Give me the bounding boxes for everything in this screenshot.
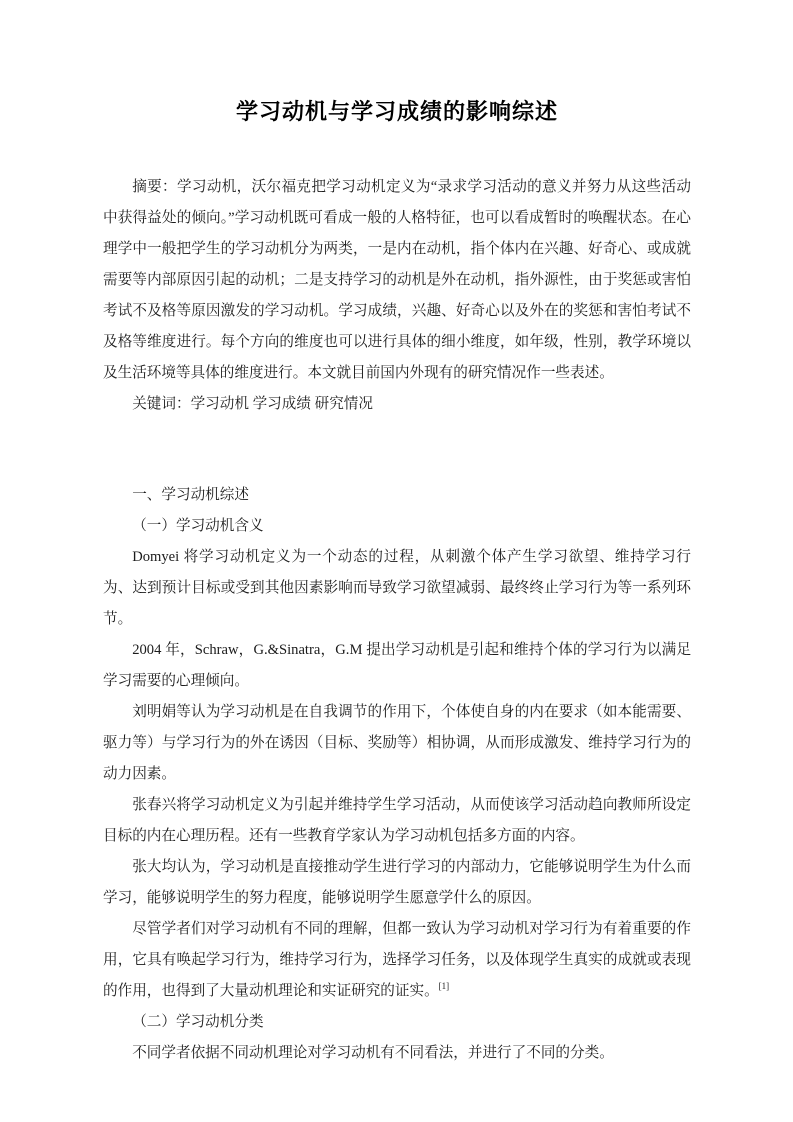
body-paragraph-schraw-sinatra: 2004 年，Schraw，G.&Sinatra，G.M 提出学习动机是引起和维…: [103, 635, 691, 697]
body-paragraph-liu-mingjuan: 刘明娟等认为学习动机是在自我调节的作用下，个体使自身的内在要求（如本能需要、驱力…: [103, 697, 691, 790]
section-heading-1: 一、学习动机综述: [103, 480, 691, 511]
document-content: 学习动机与学习成绩的影响综述 摘要：学习动机，沃尔福克把学习动机定义为“录求学习…: [103, 96, 691, 1069]
body-paragraph-classification: 不同学者依据不同动机理论对学习动机有不同看法，并进行了不同的分类。: [103, 1038, 691, 1069]
keywords-line: 关键词：学习动机 学习成绩 研究情况: [103, 389, 691, 420]
document-page: 学习动机与学习成绩的影响综述 摘要：学习动机，沃尔福克把学习动机定义为“录求学习…: [0, 0, 793, 1122]
body-paragraph-zhang-chunxing: 张春兴将学习动机定义为引起并维持学生学习活动，从而使该学习活动趋向教师所设定目标…: [103, 790, 691, 852]
body-paragraph-zhang-dajun: 张大均认为，学习动机是直接推动学生进行学习的内部动力，它能够说明学生为什么而学习…: [103, 852, 691, 914]
paragraph-text: 尽管学者们对学习动机有不同的理解，但都一致认为学习动机对学习行为有着重要的作用，…: [103, 921, 691, 999]
subsection-heading-2: （二）学习动机分类: [103, 1007, 691, 1038]
body-paragraph-consensus: 尽管学者们对学习动机有不同的理解，但都一致认为学习动机对学习行为有着重要的作用，…: [103, 914, 691, 1007]
subsection-heading-1: （一）学习动机含义: [103, 511, 691, 542]
abstract-paragraph: 摘要：学习动机，沃尔福克把学习动机定义为“录求学习活动的意义并努力从这些活动中获…: [103, 172, 691, 389]
footnote-reference: [1]: [439, 981, 450, 991]
document-title: 学习动机与学习成绩的影响综述: [103, 96, 691, 127]
body-paragraph-definition-domyei: Domyei 将学习动机定义为一个动态的过程，从刺激个体产生学习欲望、维持学习行…: [103, 542, 691, 635]
